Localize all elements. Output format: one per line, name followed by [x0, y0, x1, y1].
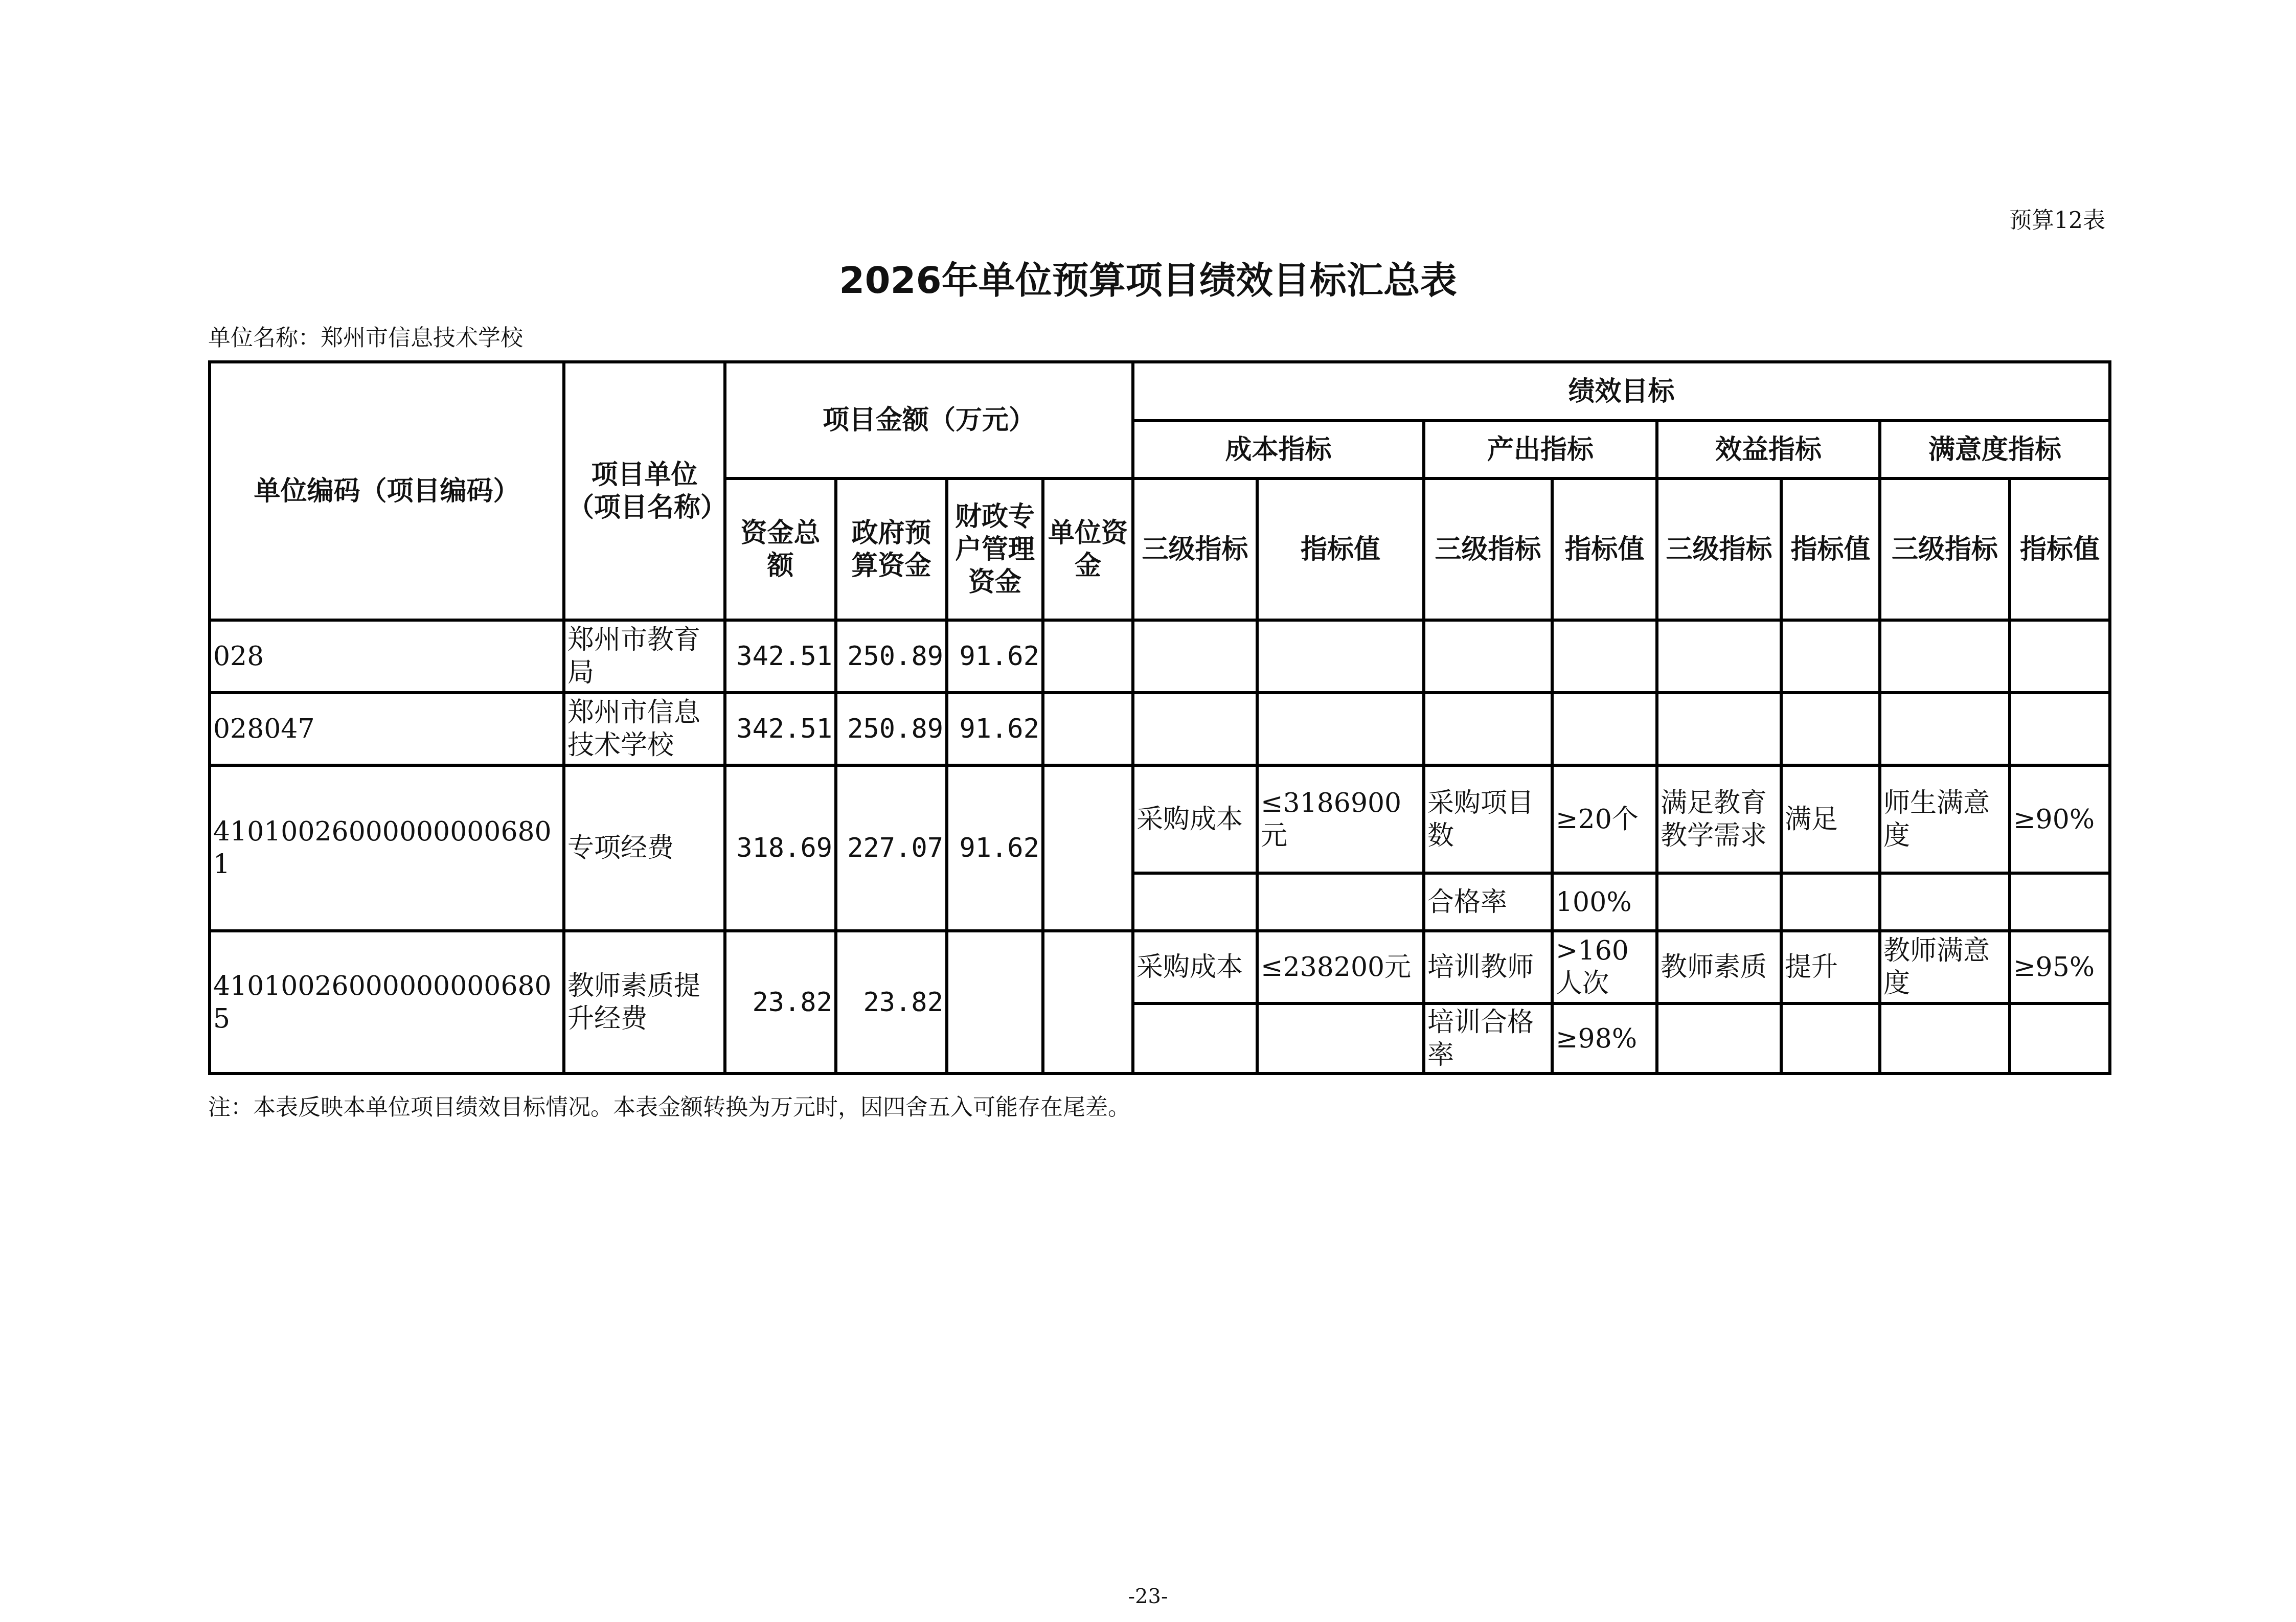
header-gov-budget: 政府预算资金 — [836, 478, 947, 620]
header-output-value: 指标值 — [1552, 478, 1657, 620]
cell-satisfaction-value — [2010, 873, 2110, 931]
header-satisfaction-indicator: 满意度指标 — [1880, 421, 2110, 478]
cell-output-value: >160人次 — [1552, 931, 1657, 1003]
cell-cost-name — [1133, 873, 1257, 931]
cell-output-name: 培训教师 — [1424, 931, 1552, 1003]
cell-fiscal-special: 91.62 — [947, 765, 1043, 931]
cell-benefit-value — [1781, 873, 1880, 931]
header-total-funds: 资金总额 — [725, 478, 836, 620]
cell-output-value: ≥98% — [1552, 1003, 1657, 1073]
cell-output-name: 合格率 — [1424, 873, 1552, 931]
table-row: 410100260000000006805 教师素质提升经费 23.82 23.… — [210, 931, 2110, 1003]
cell-cost-name: 采购成本 — [1133, 931, 1257, 1003]
cell-total: 23.82 — [725, 931, 836, 1073]
cell-satisfaction-value: ≥95% — [2010, 931, 2110, 1003]
cell-total: 342.51 — [725, 620, 836, 693]
cell-gov-budget: 227.07 — [836, 765, 947, 931]
cell-cost-name: 采购成本 — [1133, 765, 1257, 873]
cell-output-name: 采购项目数 — [1424, 765, 1552, 873]
cell-fiscal-special: 91.62 — [947, 620, 1043, 693]
cell-empty — [1424, 620, 1552, 693]
cell-cost-value — [1257, 873, 1424, 931]
cell-code: 028 — [210, 620, 564, 693]
header-output-indicator: 产出指标 — [1424, 421, 1657, 478]
cell-empty — [2010, 620, 2110, 693]
header-output-level3: 三级指标 — [1424, 478, 1552, 620]
header-satisfaction-value: 指标值 — [2010, 478, 2110, 620]
cell-empty — [1424, 693, 1552, 765]
cell-code: 410100260000000006801 — [210, 765, 564, 931]
cell-name: 教师素质提升经费 — [564, 931, 725, 1073]
form-number: 预算12表 — [2009, 202, 2105, 235]
unit-name-label: 单位名称：郑州市信息技术学校 — [208, 319, 523, 352]
header-cost-indicator: 成本指标 — [1133, 421, 1424, 478]
cell-benefit-name — [1657, 1003, 1781, 1073]
cell-output-value: ≥20个 — [1552, 765, 1657, 873]
header-performance-group: 绩效目标 — [1133, 362, 2110, 421]
cell-total: 318.69 — [725, 765, 836, 931]
cell-cost-name — [1133, 1003, 1257, 1073]
cell-empty — [1552, 620, 1657, 693]
table-row: 410100260000000006801 专项经费 318.69 227.07… — [210, 765, 2110, 873]
cell-unit-funds — [1043, 765, 1133, 931]
cell-empty — [2010, 693, 2110, 765]
header-unit-funds: 单位资金 — [1043, 478, 1133, 620]
cell-empty — [1133, 693, 1257, 765]
header-amount-group: 项目金额（万元） — [725, 362, 1133, 478]
cell-satisfaction-name: 教师满意度 — [1880, 931, 2010, 1003]
cell-benefit-name — [1657, 873, 1781, 931]
cell-satisfaction-value: ≥90% — [2010, 765, 2110, 873]
header-satisfaction-level3: 三级指标 — [1880, 478, 2010, 620]
header-fiscal-special: 财政专户管理资金 — [947, 478, 1043, 620]
cell-unit-funds — [1043, 693, 1133, 765]
cell-empty — [1781, 620, 1880, 693]
cell-satisfaction-name — [1880, 873, 2010, 931]
header-benefit-indicator: 效益指标 — [1657, 421, 1880, 478]
cell-cost-value — [1257, 1003, 1424, 1073]
header-benefit-level3: 三级指标 — [1657, 478, 1781, 620]
cell-satisfaction-value — [2010, 1003, 2110, 1073]
table-row: 028047 郑州市信息技术学校 342.51 250.89 91.62 — [210, 693, 2110, 765]
cell-benefit-name: 教师素质 — [1657, 931, 1781, 1003]
cell-code: 410100260000000006805 — [210, 931, 564, 1073]
cell-benefit-value: 满足 — [1781, 765, 1880, 873]
cell-gov-budget: 23.82 — [836, 931, 947, 1073]
cell-total: 342.51 — [725, 693, 836, 765]
cell-unit-funds — [1043, 931, 1133, 1073]
header-unit-code: 单位编码（项目编码） — [210, 362, 564, 620]
cell-empty — [1657, 693, 1781, 765]
header-cost-level3: 三级指标 — [1133, 478, 1257, 620]
cell-satisfaction-name — [1880, 1003, 2010, 1073]
cell-gov-budget: 250.89 — [836, 620, 947, 693]
cell-empty — [1552, 693, 1657, 765]
cell-name: 郑州市信息技术学校 — [564, 693, 725, 765]
cell-empty — [1133, 620, 1257, 693]
cell-cost-value: ≤3186900元 — [1257, 765, 1424, 873]
cell-code: 028047 — [210, 693, 564, 765]
header-project-unit: 项目单位（项目名称） — [564, 362, 725, 620]
header-cost-value: 指标值 — [1257, 478, 1424, 620]
cell-name: 专项经费 — [564, 765, 725, 931]
page-number: -23- — [0, 1585, 2296, 1608]
table-row: 028 郑州市教育局 342.51 250.89 91.62 — [210, 620, 2110, 693]
footnote: 注：本表反映本单位项目绩效目标情况。本表金额转换为万元时，因四舍五入可能存在尾差… — [208, 1089, 1130, 1122]
cell-gov-budget: 250.89 — [836, 693, 947, 765]
cell-name: 郑州市教育局 — [564, 620, 725, 693]
cell-empty — [1257, 620, 1424, 693]
cell-fiscal-special: 91.62 — [947, 693, 1043, 765]
cell-benefit-name: 满足教育教学需求 — [1657, 765, 1781, 873]
cell-empty — [1880, 693, 2010, 765]
cell-empty — [1257, 693, 1424, 765]
cell-satisfaction-name: 师生满意度 — [1880, 765, 2010, 873]
cell-output-value: 100% — [1552, 873, 1657, 931]
cell-output-name: 培训合格率 — [1424, 1003, 1552, 1073]
cell-unit-funds — [1043, 620, 1133, 693]
cell-fiscal-special — [947, 931, 1043, 1073]
performance-summary-table: 单位编码（项目编码） 项目单位（项目名称） 项目金额（万元） 绩效目标 成本指标… — [208, 360, 2111, 1075]
cell-empty — [1781, 693, 1880, 765]
cell-benefit-value — [1781, 1003, 1880, 1073]
page-title: 2026年单位预算项目绩效目标汇总表 — [0, 250, 2296, 304]
cell-cost-value: ≤238200元 — [1257, 931, 1424, 1003]
cell-benefit-value: 提升 — [1781, 931, 1880, 1003]
cell-empty — [1880, 620, 2010, 693]
cell-empty — [1657, 620, 1781, 693]
header-benefit-value: 指标值 — [1781, 478, 1880, 620]
